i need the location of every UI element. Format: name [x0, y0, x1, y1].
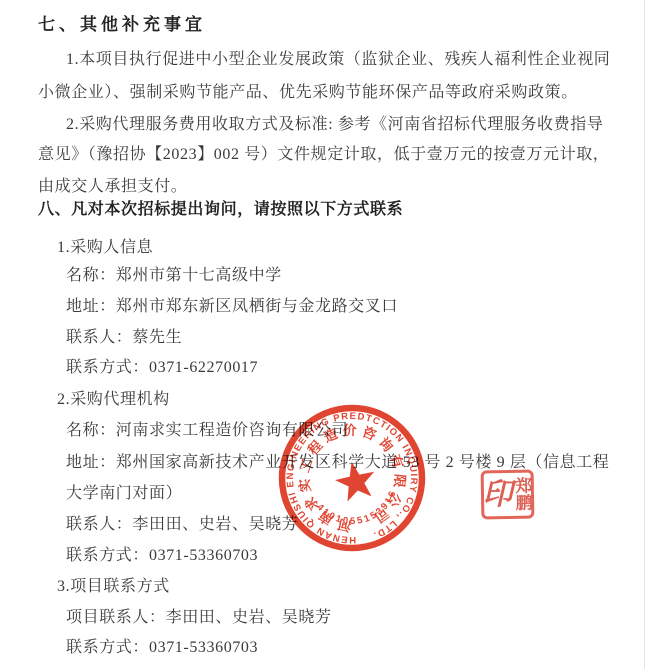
purchaser-address: 地址：郑州市郑东新区凤栖街与金龙路交叉口 [66, 296, 398, 318]
stamp-surname-char: 郑 [515, 477, 532, 494]
purchaser-contact: 联系人：蔡先生 [66, 327, 182, 349]
project-phone: 联系方式：0371-53360703 [66, 637, 258, 659]
project-contact: 项目联系人：李田田、史岩、吴晓芳 [66, 607, 332, 629]
agency-fee-line-1: 2.采购代理服务费用收取方式及标准: 参考《河南省招标代理服务收费指导 [66, 114, 603, 136]
agency-address-line-2: 大学南门对面） [66, 483, 182, 505]
stamp-seal-char: 印 [482, 479, 513, 510]
purchaser-info-heading: 1.采购人信息 [57, 237, 153, 259]
seal-star-icon [332, 458, 379, 503]
agency-contact: 联系人：李田田、史岩、吴晓芳 [66, 514, 298, 536]
agency-fee-line-2: 意见》（豫招协【2023】002 号）文件规定计取，低于壹万元的按壹万元计取， [38, 144, 609, 166]
section-8-heading: 八、凡对本次招标提出询问，请按照以下方式联系 [38, 199, 403, 221]
stamp-given-char: 鹏 [515, 494, 532, 511]
agency-info-heading: 2.采购代理机构 [57, 389, 170, 411]
policy-paragraph-line-2: 小微企业）、强制采购节能产品、优先采购节能环保产品等政府采购政策。 [38, 82, 578, 104]
purchaser-phone: 联系方式：0371-62270017 [66, 357, 258, 379]
personal-name-stamp: 印 郑 鹏 [481, 470, 535, 520]
project-contact-heading: 3.项目联系方式 [57, 576, 170, 598]
policy-paragraph-line-1: 1.本项目执行促进中小型企业发展政策（监狱企业、残疾人福利性企业视同 [66, 49, 610, 71]
section-7-heading: 七、其他补充事宜 [38, 14, 206, 36]
company-official-seal: HENAN QIUSHI ENGINEERING PREDTCTION INQU… [267, 393, 437, 563]
document-page: 七、其他补充事宜 1.本项目执行促进中小型企业发展政策（监狱企业、残疾人福利性企… [0, 0, 646, 669]
purchaser-name: 名称：郑州市第十七高级中学 [66, 265, 282, 287]
agency-phone: 联系方式：0371-53360703 [66, 545, 258, 567]
page-right-edge-line [644, 0, 645, 669]
agency-fee-line-3: 由成交人承担支付。 [38, 176, 187, 198]
